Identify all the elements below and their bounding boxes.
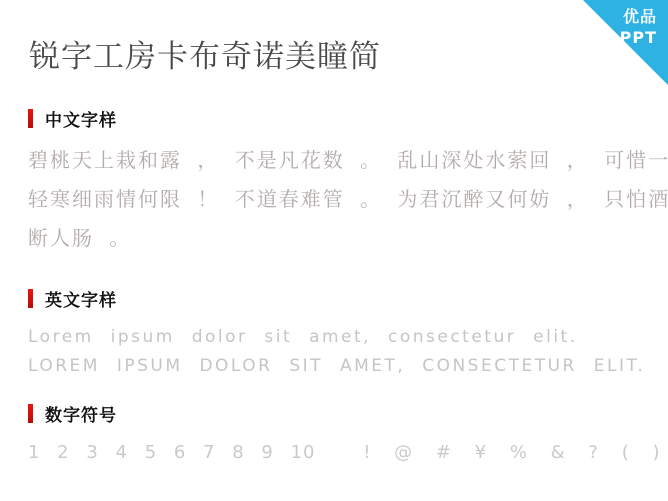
chinese-sample-line: 碧桃天上栽和露 ， 不是凡花数 。 乱山深处水萦回 ， 可惜一枝如画为谁开 ？	[28, 141, 658, 180]
section-heading-chinese: 中文字样	[28, 106, 117, 131]
english-sample-uppercase: LOREM IPSUM DOLOR SIT AMET, CONSECTETUR …	[28, 352, 645, 381]
red-bar-marker	[28, 109, 33, 128]
yppt-logo: 优品 PPT	[620, 6, 657, 48]
red-bar-marker	[28, 289, 33, 308]
chinese-sample-line: 断人肠 。	[28, 219, 658, 258]
english-sample-lowercase: Lorem ipsum dolor sit amet, consectetur …	[28, 323, 645, 352]
section-heading-numbers: 数字符号	[28, 401, 117, 426]
section-heading-label: 英文字样	[45, 286, 117, 311]
font-name-title: 锐字工房卡布奇诺美瞳简	[29, 31, 381, 76]
digits-sample: 1 2 3 4 5 6 7 8 9 10	[28, 442, 315, 463]
section-heading-english: 英文字样	[28, 286, 117, 311]
section-heading-label: 数字符号	[45, 401, 117, 426]
yppt-logo-line1: 优品	[620, 6, 657, 27]
symbols-sample: ! @ # ¥ % & ? ( )	[363, 442, 661, 463]
red-bar-marker	[28, 404, 33, 423]
section-heading-label: 中文字样	[45, 106, 117, 131]
numbers-symbols-sample: 1 2 3 4 5 6 7 8 9 10 ! @ # ¥ % & ? ( )	[28, 442, 661, 463]
chinese-sample-text: 碧桃天上栽和露 ， 不是凡花数 。 乱山深处水萦回 ， 可惜一枝如画为谁开 ？ …	[28, 141, 658, 258]
chinese-sample-line: 轻寒细雨情何限 ！ 不道春难管 。 为君沉醉又何妨 ， 只怕酒醒时候	[28, 180, 658, 219]
english-sample-text: Lorem ipsum dolor sit amet, consectetur …	[28, 323, 645, 381]
yppt-logo-line2: PPT	[620, 27, 657, 48]
font-specimen-page: 优品 PPT 锐字工房卡布奇诺美瞳简 中文字样 碧桃天上栽和露 ， 不是凡花数 …	[0, 0, 668, 501]
